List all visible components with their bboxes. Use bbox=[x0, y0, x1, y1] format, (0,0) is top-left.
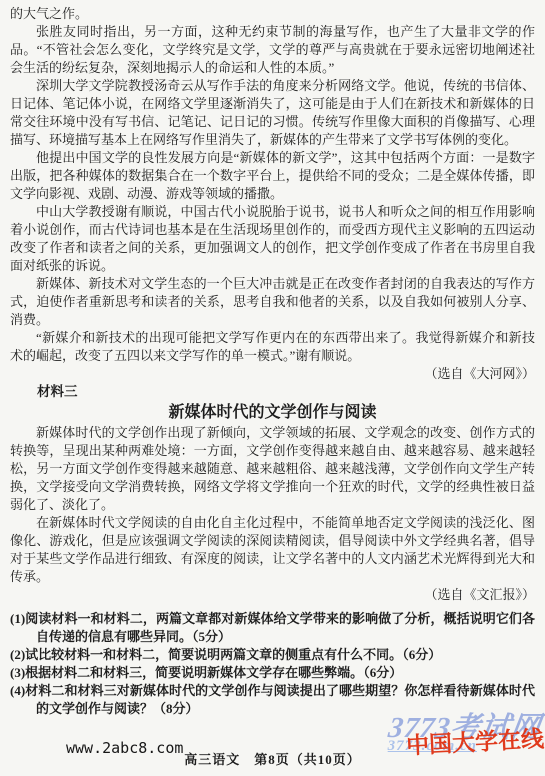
paragraph: 深圳大学文学院教授汤奇云从写作手法的角度来分析网络文学。他说，传统的书信体、日记… bbox=[10, 77, 535, 149]
paragraph: 中山大学教授谢有顺说，中国古代小说脱胎于说书，说书人和听众之间的相互作用影响着小… bbox=[10, 203, 535, 275]
source-attribution: （选自《文汇报》） bbox=[10, 586, 535, 604]
question-text: 阅读材料一和材料二，两篇文章都对新媒体给文学带来的影响做了分析，概括说明它们各自… bbox=[25, 611, 535, 644]
document-content: 的大气之作。 张胜友同时指出，另一方面，这种无约束节制的海量写作，也产生了大量非… bbox=[10, 5, 535, 718]
question-3: (3)根据材料二和材料三，简要说明新媒体文学存在哪些弊端。（6分） bbox=[10, 664, 535, 682]
paragraph: 新媒体、新技术对文学生态的一个巨大冲击就是正在改变作者封闭的自我表达的写作方式，… bbox=[10, 275, 535, 329]
paragraph: 张胜友同时指出，另一方面，这种无约束节制的海量写作，也产生了大量非文学的作品。“… bbox=[10, 23, 535, 77]
paragraph: 他提出中国文学的良性发展方向是“新媒体的新文学”，这其中包括两个方面：一是数字出… bbox=[10, 149, 535, 203]
paragraph: “新媒介和新技术的出现可能把文学写作更内在的东西带出来了。我觉得新媒介和新技术的… bbox=[10, 329, 535, 365]
watermark-left-url: www.2abc8.com bbox=[66, 739, 183, 757]
question-number: (4) bbox=[10, 683, 25, 698]
paragraph: 在新媒体时代文学阅读的自由化自主化过程中，不能简单地否定文学阅读的浅泛化、图像化… bbox=[10, 514, 535, 586]
question-2: (2)试比较材料一和材料二，简要说明两篇文章的侧重点有什么不同。（6分） bbox=[10, 646, 535, 664]
question-points: （5分） bbox=[192, 629, 231, 644]
exam-paper-page: 的大气之作。 张胜友同时指出，另一方面，这种无约束节制的海量写作，也产生了大量非… bbox=[0, 0, 545, 776]
article-title: 新媒体时代的文学创作与阅读 bbox=[10, 401, 535, 424]
paragraph: 新媒体时代的文学创作出现了新倾向，文学领域的拓展、文学观念的改变、创作方式的转换… bbox=[10, 424, 535, 514]
question-text: 根据材料二和材料三，简要说明新媒体文学存在哪些弊端。 bbox=[25, 665, 363, 680]
footer-page-number: 第8页（共10页） bbox=[254, 752, 361, 767]
question-points: （6分） bbox=[363, 665, 402, 680]
question-number: (3) bbox=[10, 665, 25, 680]
question-1: (1)阅读材料一和材料二，两篇文章都对新媒体给文学带来的影响做了分析，概括说明它… bbox=[10, 610, 535, 646]
question-number: (2) bbox=[10, 647, 25, 662]
paragraph-continuation: 的大气之作。 bbox=[10, 5, 535, 23]
question-points: （6分） bbox=[402, 647, 441, 662]
source-attribution: （选自《大河网》） bbox=[10, 365, 535, 383]
section-label-material-three: 材料三 bbox=[10, 383, 535, 401]
question-points: （8分） bbox=[153, 701, 199, 716]
footer-course-name: 高三语文 bbox=[184, 752, 240, 767]
question-text: 试比较材料一和材料二，简要说明两篇文章的侧重点有什么不同。 bbox=[25, 647, 402, 662]
question-number: (1) bbox=[10, 611, 25, 626]
